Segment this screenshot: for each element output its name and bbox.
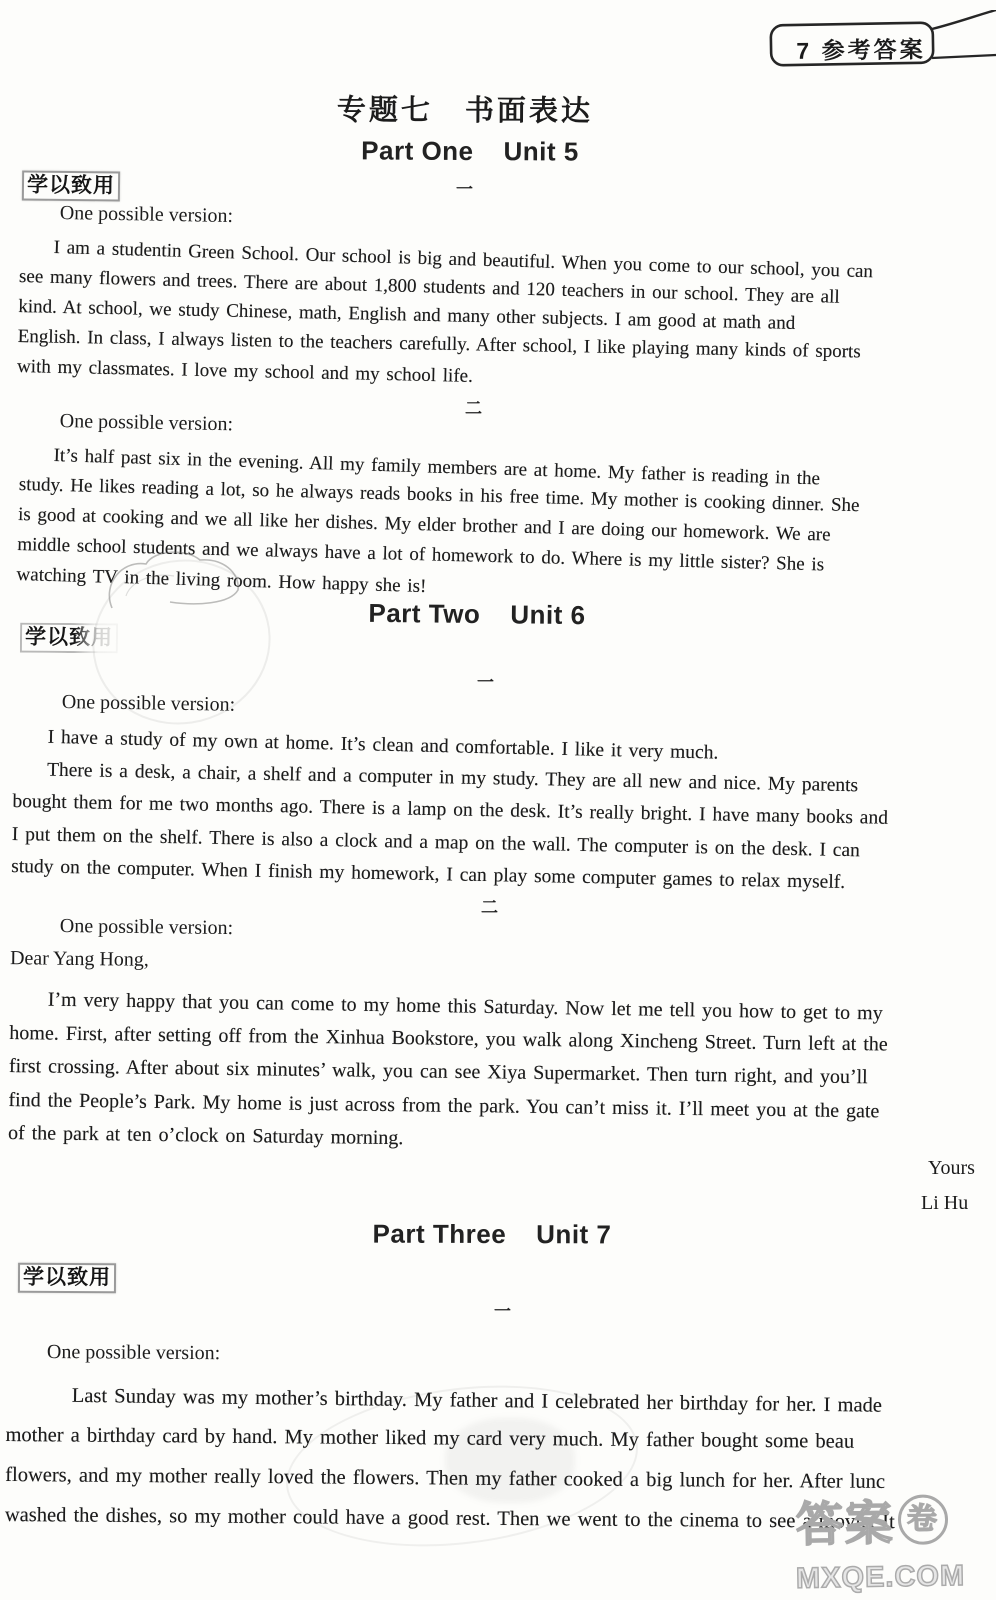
- exercise-marker-two: 二: [465, 394, 482, 419]
- pencil-scribble: [100, 546, 260, 626]
- letter-signature: Li Hu: [921, 1192, 968, 1215]
- essay-unit5-1: I am a studentin Green School. Our schoo…: [17, 232, 874, 401]
- letter-closing: Yours: [928, 1157, 975, 1180]
- section-tag-part-one: 学以致用: [22, 170, 120, 201]
- page-title: 专题七 书面表达: [337, 87, 593, 129]
- watermark-circle-logo: 卷: [898, 1494, 949, 1545]
- unit-7-label: Unit 7: [536, 1219, 611, 1249]
- intro-line: One possible version:: [60, 202, 234, 228]
- letter-salutation: Dear Yang Hong,: [10, 947, 149, 972]
- exercise-marker-one: 一: [456, 175, 473, 200]
- exercise-marker-one: 一: [494, 1297, 511, 1322]
- essay-unit6-1: I have a study of my own at home. It’s c…: [11, 721, 890, 900]
- text-line: washed the dishes, so my mother could ha…: [5, 1495, 895, 1542]
- text-line: flowers, and my mother really loved the …: [5, 1455, 895, 1502]
- watermark-brand: 答案 卷: [795, 1484, 996, 1555]
- watermark-site-url: MXQE.COM: [796, 1559, 996, 1596]
- site-watermark: 答案 卷 MXQE.COM: [796, 1486, 996, 1594]
- heading-part-one: Part OneUnit 5: [361, 135, 579, 167]
- intro-line: One possible version:: [60, 410, 234, 436]
- corner-tab-text: 7 参考答案: [786, 31, 936, 66]
- heading-part-two: Part TwoUnit 6: [368, 598, 585, 631]
- corner-tab-label: 参考答案: [821, 36, 925, 63]
- exercise-marker-two: 二: [481, 893, 498, 918]
- part-three-label: Part Three: [373, 1219, 507, 1249]
- intro-line: One possible version:: [60, 915, 234, 940]
- unit-6-label: Unit 6: [510, 599, 586, 630]
- page-number: 7: [796, 38, 812, 64]
- essay-unit7-1: Last Sunday was my mother’s birthday. My…: [5, 1375, 896, 1542]
- part-one-label: Part One: [361, 135, 474, 166]
- intro-line: One possible version:: [62, 691, 236, 717]
- intro-line: One possible version:: [47, 1341, 220, 1365]
- part-two-label: Part Two: [368, 598, 480, 629]
- section-tag-part-three: 学以致用: [18, 1263, 116, 1294]
- watermark-brand-text: 答案: [795, 1486, 894, 1555]
- scanned-answer-page: 7 参考答案 专题七 书面表达 Part OneUnit 5 学以致用 一 On…: [0, 0, 996, 1600]
- heading-part-three: Part ThreeUnit 7: [373, 1219, 612, 1251]
- page-corner-tab: 7 参考答案: [764, 10, 996, 72]
- exercise-marker-one: 一: [477, 668, 494, 693]
- letter-body-unit6-2: I’m very happy that you can come to my h…: [8, 983, 889, 1162]
- unit-5-label: Unit 5: [503, 136, 578, 166]
